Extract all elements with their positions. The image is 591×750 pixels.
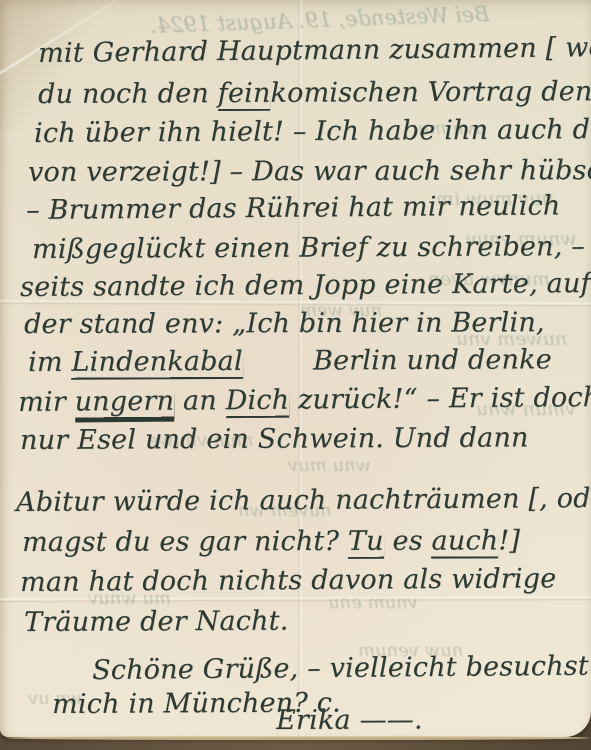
handwriting-line: man hat doch nichts davon als widrige (20, 565, 556, 596)
handwriting-line: Träume der Nacht. (24, 608, 289, 636)
handwriting-line: nur Esel und ein Schwein. Und dann (20, 424, 529, 454)
signature-line: Erika ——. (276, 706, 423, 734)
handwriting-line: von verzeigt!] – Das war auch sehr hübsc… (28, 157, 591, 186)
bleedthrough-fragment: wnu muv (288, 455, 371, 476)
handwriting-line: mißgeglückt einen Brief zu schreiben, – … (32, 233, 591, 263)
paper-bottom-edge-curl (6, 736, 589, 740)
handwriting-line: Abitur würde ich auch nachträumen [, ode… (16, 485, 591, 516)
bleedthrough-dateline: Bei Westende, 19. August 1924. (150, 2, 490, 38)
handwriting-line: du noch den feinkomischen Vortrag den (38, 78, 591, 108)
handwriting-line: ich über ihn hielt! – Ich habe ihn auch … (34, 116, 591, 147)
handwriting-line: mir ungern an Dich zurück!“ – Er ist doc… (18, 384, 591, 416)
handwriting-line: im Lindenkabal Berlin und denke (28, 346, 552, 376)
handwriting-line: magst du es gar nicht? Tu es auch!] (22, 527, 520, 556)
handwriting-line: Schöne Grüße, – vielleicht besuchst Du (92, 652, 591, 684)
letter-paper: Bei Westende, 19. August 1924.uvn munuv … (0, 0, 591, 737)
letter-photograph: Bei Westende, 19. August 1924.uvn munuv … (0, 0, 591, 750)
handwriting-line: mit Gerhard Hauptmann zusammen [ weißt (38, 34, 591, 67)
handwriting-line: der stand env: „Ich bin hier in Berlin, (24, 309, 545, 338)
handwriting-line: seits sandte ich dem Jopp eine Karte, au… (20, 270, 591, 301)
handwriting-line: – Brummer das Rührei hat mir neulich (26, 192, 561, 224)
